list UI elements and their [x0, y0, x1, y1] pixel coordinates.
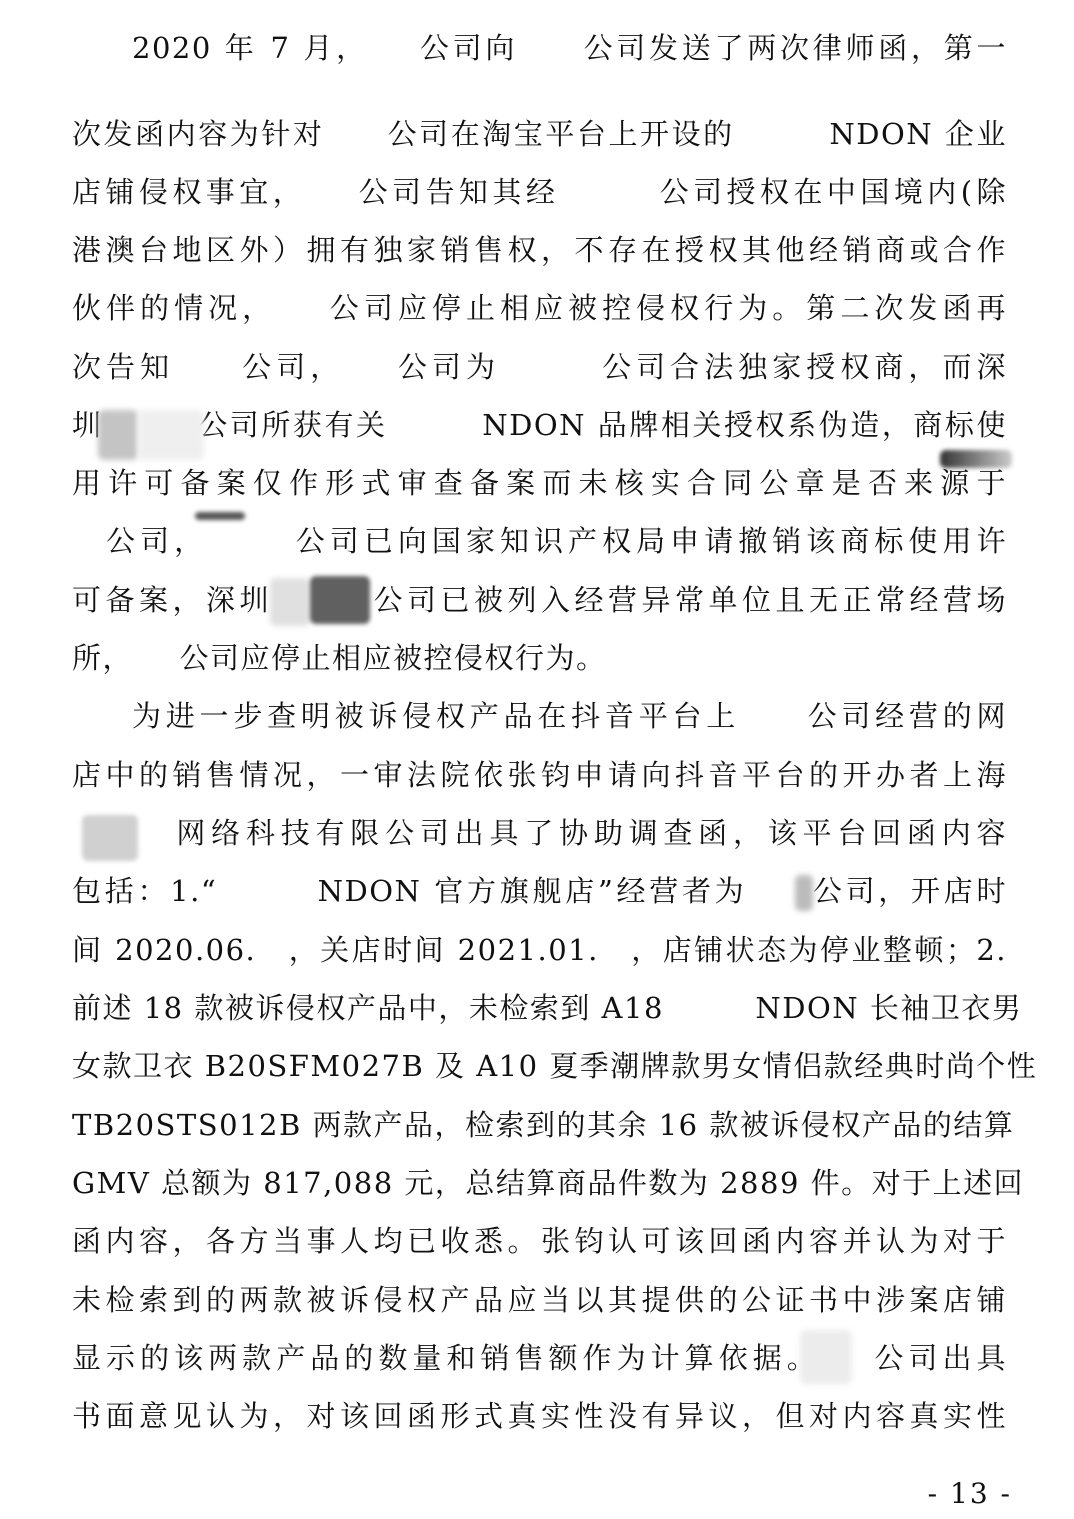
redaction-blur: [82, 815, 138, 861]
text-line: 间 2020.06. ，关店时间 2021.01. ，店铺状态为停业整顿；2.: [72, 930, 1007, 970]
text-line: 次告知 公司， 公司为 公司合法独家授权商，而深: [72, 347, 1007, 387]
redaction-blur: [800, 1330, 852, 1384]
text-line: 所， 公司应停止相应被控侵权行为。: [72, 638, 1007, 678]
text-line: 女款卫衣 B20SFM027B 及 A10 夏季潮牌款男女情侣款经典时尚个性: [72, 1046, 1007, 1086]
redaction-blur: [270, 578, 310, 626]
redaction-blur: [138, 410, 204, 460]
text-line: 包括：1.“ NDON 官方旗舰店”经营者为 公司，开店时: [72, 871, 1007, 911]
text-line: 未检索到的两款被诉侵权产品应当以其提供的公证书中涉案店铺: [72, 1280, 1007, 1320]
text-line: 函内容，各方当事人均已收悉。张钧认可该回函内容并认为对于: [72, 1221, 1007, 1261]
text-line: 书面意见认为，对该回函形式真实性没有异议，但对内容真实性: [72, 1396, 1007, 1436]
redaction-blur: [310, 576, 370, 624]
text-line: 店中的销售情况，一审法院依张钧申请向抖音平台的开办者上海: [72, 755, 1007, 795]
text-line: 港澳台地区外）拥有独家销售权，不存在授权其他经销商或合作: [72, 230, 1007, 270]
page-number: - 13 -: [928, 1476, 1012, 1512]
redaction-blur: [98, 410, 138, 460]
redaction-blur: [940, 450, 1012, 468]
text-line: 可备案，深圳 公司已被列入经营异常单位且无正常经营场: [72, 580, 1007, 620]
text-line: 2020 年 7 月， 公司向 公司发送了两次律师函，第一: [132, 28, 1007, 68]
text-line: 前述 18 款被诉侵权产品中，未检索到 A18 NDON 长袖卫衣男: [72, 988, 1007, 1028]
redaction-blur: [195, 512, 245, 520]
text-line: 显示的该两款产品的数量和销售额作为计算依据。 公司出具: [72, 1338, 1007, 1378]
text-line: 伙伴的情况， 公司应停止相应被控侵权行为。第二次发函再: [72, 288, 1007, 328]
text-line: 用许可备案仅作形式审查备案而未核实合同公章是否来源于: [72, 463, 1007, 503]
text-line: 店铺侵权事宜， 公司告知其经 公司授权在中国境内(除: [72, 172, 1007, 212]
text-line: 公司， 公司已向国家知识产权局申请撤销该商标使用许: [72, 521, 1007, 561]
text-line: GMV 总额为 817,088 元，总结算商品件数为 2889 件。对于上述回: [72, 1163, 1007, 1203]
text-line: TB20STS012B 两款产品，检索到的其余 16 款被诉侵权产品的结算: [72, 1105, 1007, 1145]
text-line: 圳 公司所获有关 NDON 品牌相关授权系伪造，商标使: [72, 405, 1007, 445]
text-line: 为进一步查明被诉侵权产品在抖音平台上 公司经营的网: [132, 696, 1007, 736]
text-line: 网络科技有限公司出具了协助调查函，该平台回函内容: [72, 813, 1007, 853]
text-line: 次发函内容为针对 公司在淘宝平台上开设的 NDON 企业: [72, 114, 1007, 154]
redaction-blur: [795, 875, 813, 911]
